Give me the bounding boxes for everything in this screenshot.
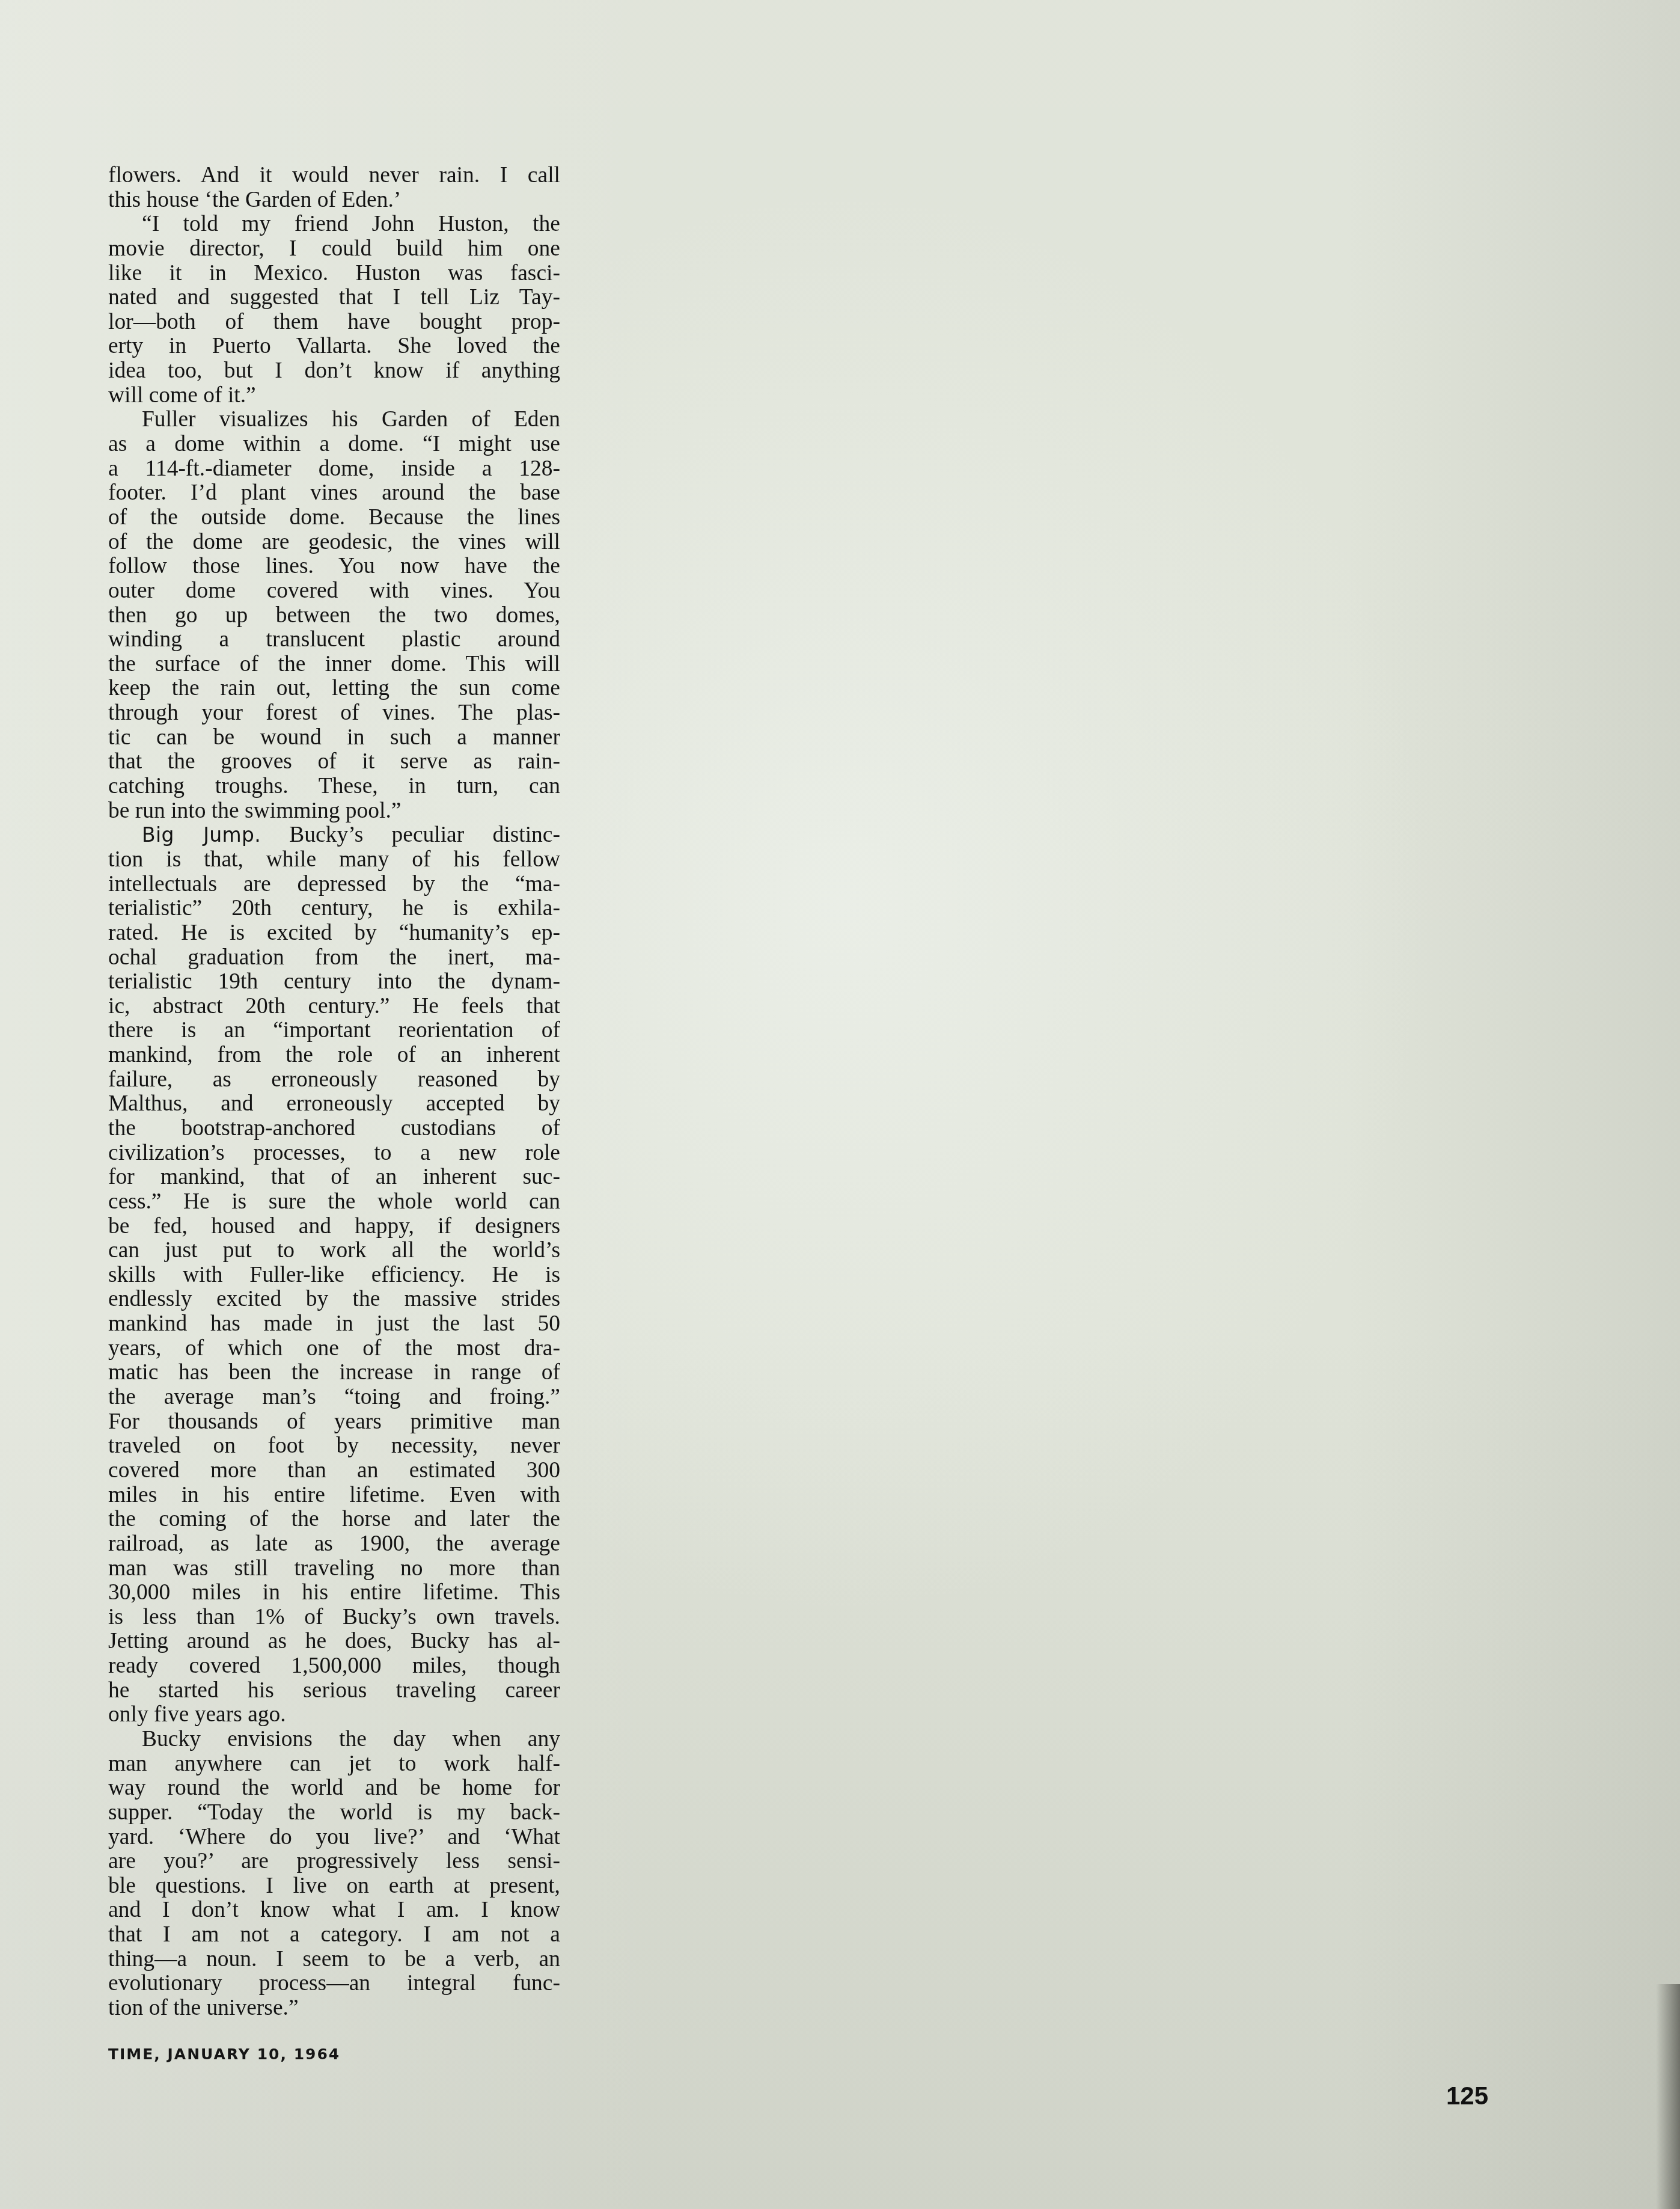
article-paragraph: Fuller visualizes his Garden of Edenas a…: [108, 408, 560, 823]
text-line: through your forest of vines. The plas-: [108, 701, 560, 726]
text-line: tion is that, while many of his fellow: [108, 848, 560, 872]
article-paragraph: “I told my friend John Huston, themovie …: [108, 212, 560, 408]
text-line: intellectuals are depressed by the “ma-: [108, 872, 560, 897]
text-line: can just put to work all the world’s: [108, 1239, 560, 1263]
text-line: erty in Puerto Vallarta. She loved the: [108, 334, 560, 359]
text-line: rated. He is excited by “humanity’s ep-: [108, 921, 560, 946]
text-line: outer dome covered with vines. You: [108, 579, 560, 604]
article-paragraph: Bucky envisions the day when anyman anyw…: [108, 1727, 560, 2021]
text-line: that the grooves of it serve as rain-: [108, 750, 560, 774]
text-line: of the dome are geodesic, the vines will: [108, 530, 560, 555]
text-line: the coming of the horse and later the: [108, 1507, 560, 1532]
text-line: Bucky envisions the day when any: [108, 1727, 560, 1752]
text-line: Fuller visualizes his Garden of Eden: [108, 408, 560, 432]
run-in-heading: Big Jump.: [142, 823, 261, 847]
text-line: tion of the universe.”: [108, 1996, 560, 2021]
text-line: ble questions. I live on earth at presen…: [108, 1874, 560, 1899]
text-line: railroad, as late as 1900, the average: [108, 1532, 560, 1557]
text-line: there is an “important reorientation of: [108, 1019, 560, 1043]
page-edge-shadow: [1656, 1984, 1680, 2209]
text-line: of the outside dome. Because the lines: [108, 506, 560, 530]
text-line: are you?’ are progressively less sensi-: [108, 1849, 560, 1874]
text-line: ready covered 1,500,000 miles, though: [108, 1654, 560, 1679]
text-line: nated and suggested that I tell Liz Tay-: [108, 286, 560, 310]
text-line: matic has been the increase in range of: [108, 1361, 560, 1385]
text-line: follow those lines. You now have the: [108, 554, 560, 579]
article-column: flowers. And it would never rain. I call…: [108, 164, 560, 2021]
text-line: that I am not a category. I am not a: [108, 1923, 560, 1947]
text-line: evolutionary process—an integral func-: [108, 1972, 560, 1996]
text-line: and I don’t know what I am. I know: [108, 1898, 560, 1923]
text-line: yard. ‘Where do you live?’ and ‘What: [108, 1825, 560, 1850]
footer-dateline: TIME, JANUARY 10, 1964: [108, 2045, 340, 2063]
text-line: the bootstrap-anchored custodians of: [108, 1117, 560, 1141]
text-line: Malthus, and erroneously accepted by: [108, 1092, 560, 1117]
text-line: movie director, I could build him one: [108, 237, 560, 262]
text-line: then go up between the two domes,: [108, 604, 560, 628]
text-line: terialistic 19th century into the dynam-: [108, 970, 560, 994]
text-line: civilization’s processes, to a new role: [108, 1141, 560, 1166]
text-line: will come of it.”: [108, 384, 560, 408]
text-line: like it in Mexico. Huston was fasci-: [108, 262, 560, 286]
text-line: years, of which one of the most dra-: [108, 1337, 560, 1361]
text-line: failure, as erroneously reasoned by: [108, 1068, 560, 1092]
text-line: way round the world and be home for: [108, 1776, 560, 1801]
text-line: Jetting around as he does, Bucky has al-: [108, 1629, 560, 1654]
text-line: ic, abstract 20th century.” He feels tha…: [108, 994, 560, 1019]
text-line: for mankind, that of an inherent suc-: [108, 1165, 560, 1190]
text-line: mankind, from the role of an inherent: [108, 1043, 560, 1068]
text-line: endlessly excited by the massive strides: [108, 1287, 560, 1312]
text-line: a 114-ft.-diameter dome, inside a 128-: [108, 457, 560, 482]
text-line: man anywhere can jet to work half-: [108, 1752, 560, 1777]
page-number: 125: [1446, 2082, 1488, 2110]
text-line: miles in his entire lifetime. Even with: [108, 1483, 560, 1508]
text-line: traveled on foot by necessity, never: [108, 1434, 560, 1459]
text-line: as a dome within a dome. “I might use: [108, 432, 560, 457]
text-line: covered more than an estimated 300: [108, 1459, 560, 1483]
text-line: cess.” He is sure the whole world can: [108, 1190, 560, 1215]
text-line: the average man’s “toing and froing.”: [108, 1385, 560, 1410]
text-line: man was still traveling no more than: [108, 1557, 560, 1581]
text-line: be run into the swimming pool.”: [108, 799, 560, 824]
text-line: catching troughs. These, in turn, can: [108, 774, 560, 799]
text-line: footer. I’d plant vines around the base: [108, 481, 560, 506]
text-line: mankind has made in just the last 50: [108, 1312, 560, 1337]
text-line: “I told my friend John Huston, the: [108, 212, 560, 237]
text-line: ochal graduation from the inert, ma-: [108, 946, 560, 970]
text-line: is less than 1% of Bucky’s own travels.: [108, 1605, 560, 1630]
text-line: flowers. And it would never rain. I call: [108, 164, 560, 188]
text-line: 30,000 miles in his entire lifetime. Thi…: [108, 1581, 560, 1605]
text-line: only five years ago.: [108, 1703, 560, 1727]
article-paragraph: flowers. And it would never rain. I call…: [108, 164, 560, 212]
text-line: idea too, but I don’t know if anything: [108, 359, 560, 384]
text-line: be fed, housed and happy, if designers: [108, 1215, 560, 1239]
text-line: the surface of the inner dome. This will: [108, 652, 560, 677]
text-line: keep the rain out, letting the sun come: [108, 676, 560, 701]
text-line: he started his serious traveling career: [108, 1679, 560, 1703]
text-line: thing—a noun. I seem to be a verb, an: [108, 1947, 560, 1972]
text-line: lor—both of them have bought prop-: [108, 310, 560, 335]
text-line: For thousands of years primitive man: [108, 1410, 560, 1435]
text-line: Big Jump. Bucky’s peculiar distinc-: [108, 823, 560, 848]
article-paragraph: Big Jump. Bucky’s peculiar distinc-tion …: [108, 823, 560, 1727]
text-line: supper. “Today the world is my back-: [108, 1801, 560, 1825]
text-line: this house ‘the Garden of Eden.’: [108, 188, 560, 213]
text-line: terialistic” 20th century, he is exhila-: [108, 896, 560, 921]
text-line: winding a translucent plastic around: [108, 628, 560, 652]
text-line: tic can be wound in such a manner: [108, 726, 560, 750]
text-line: skills with Fuller-like efficiency. He i…: [108, 1263, 560, 1288]
